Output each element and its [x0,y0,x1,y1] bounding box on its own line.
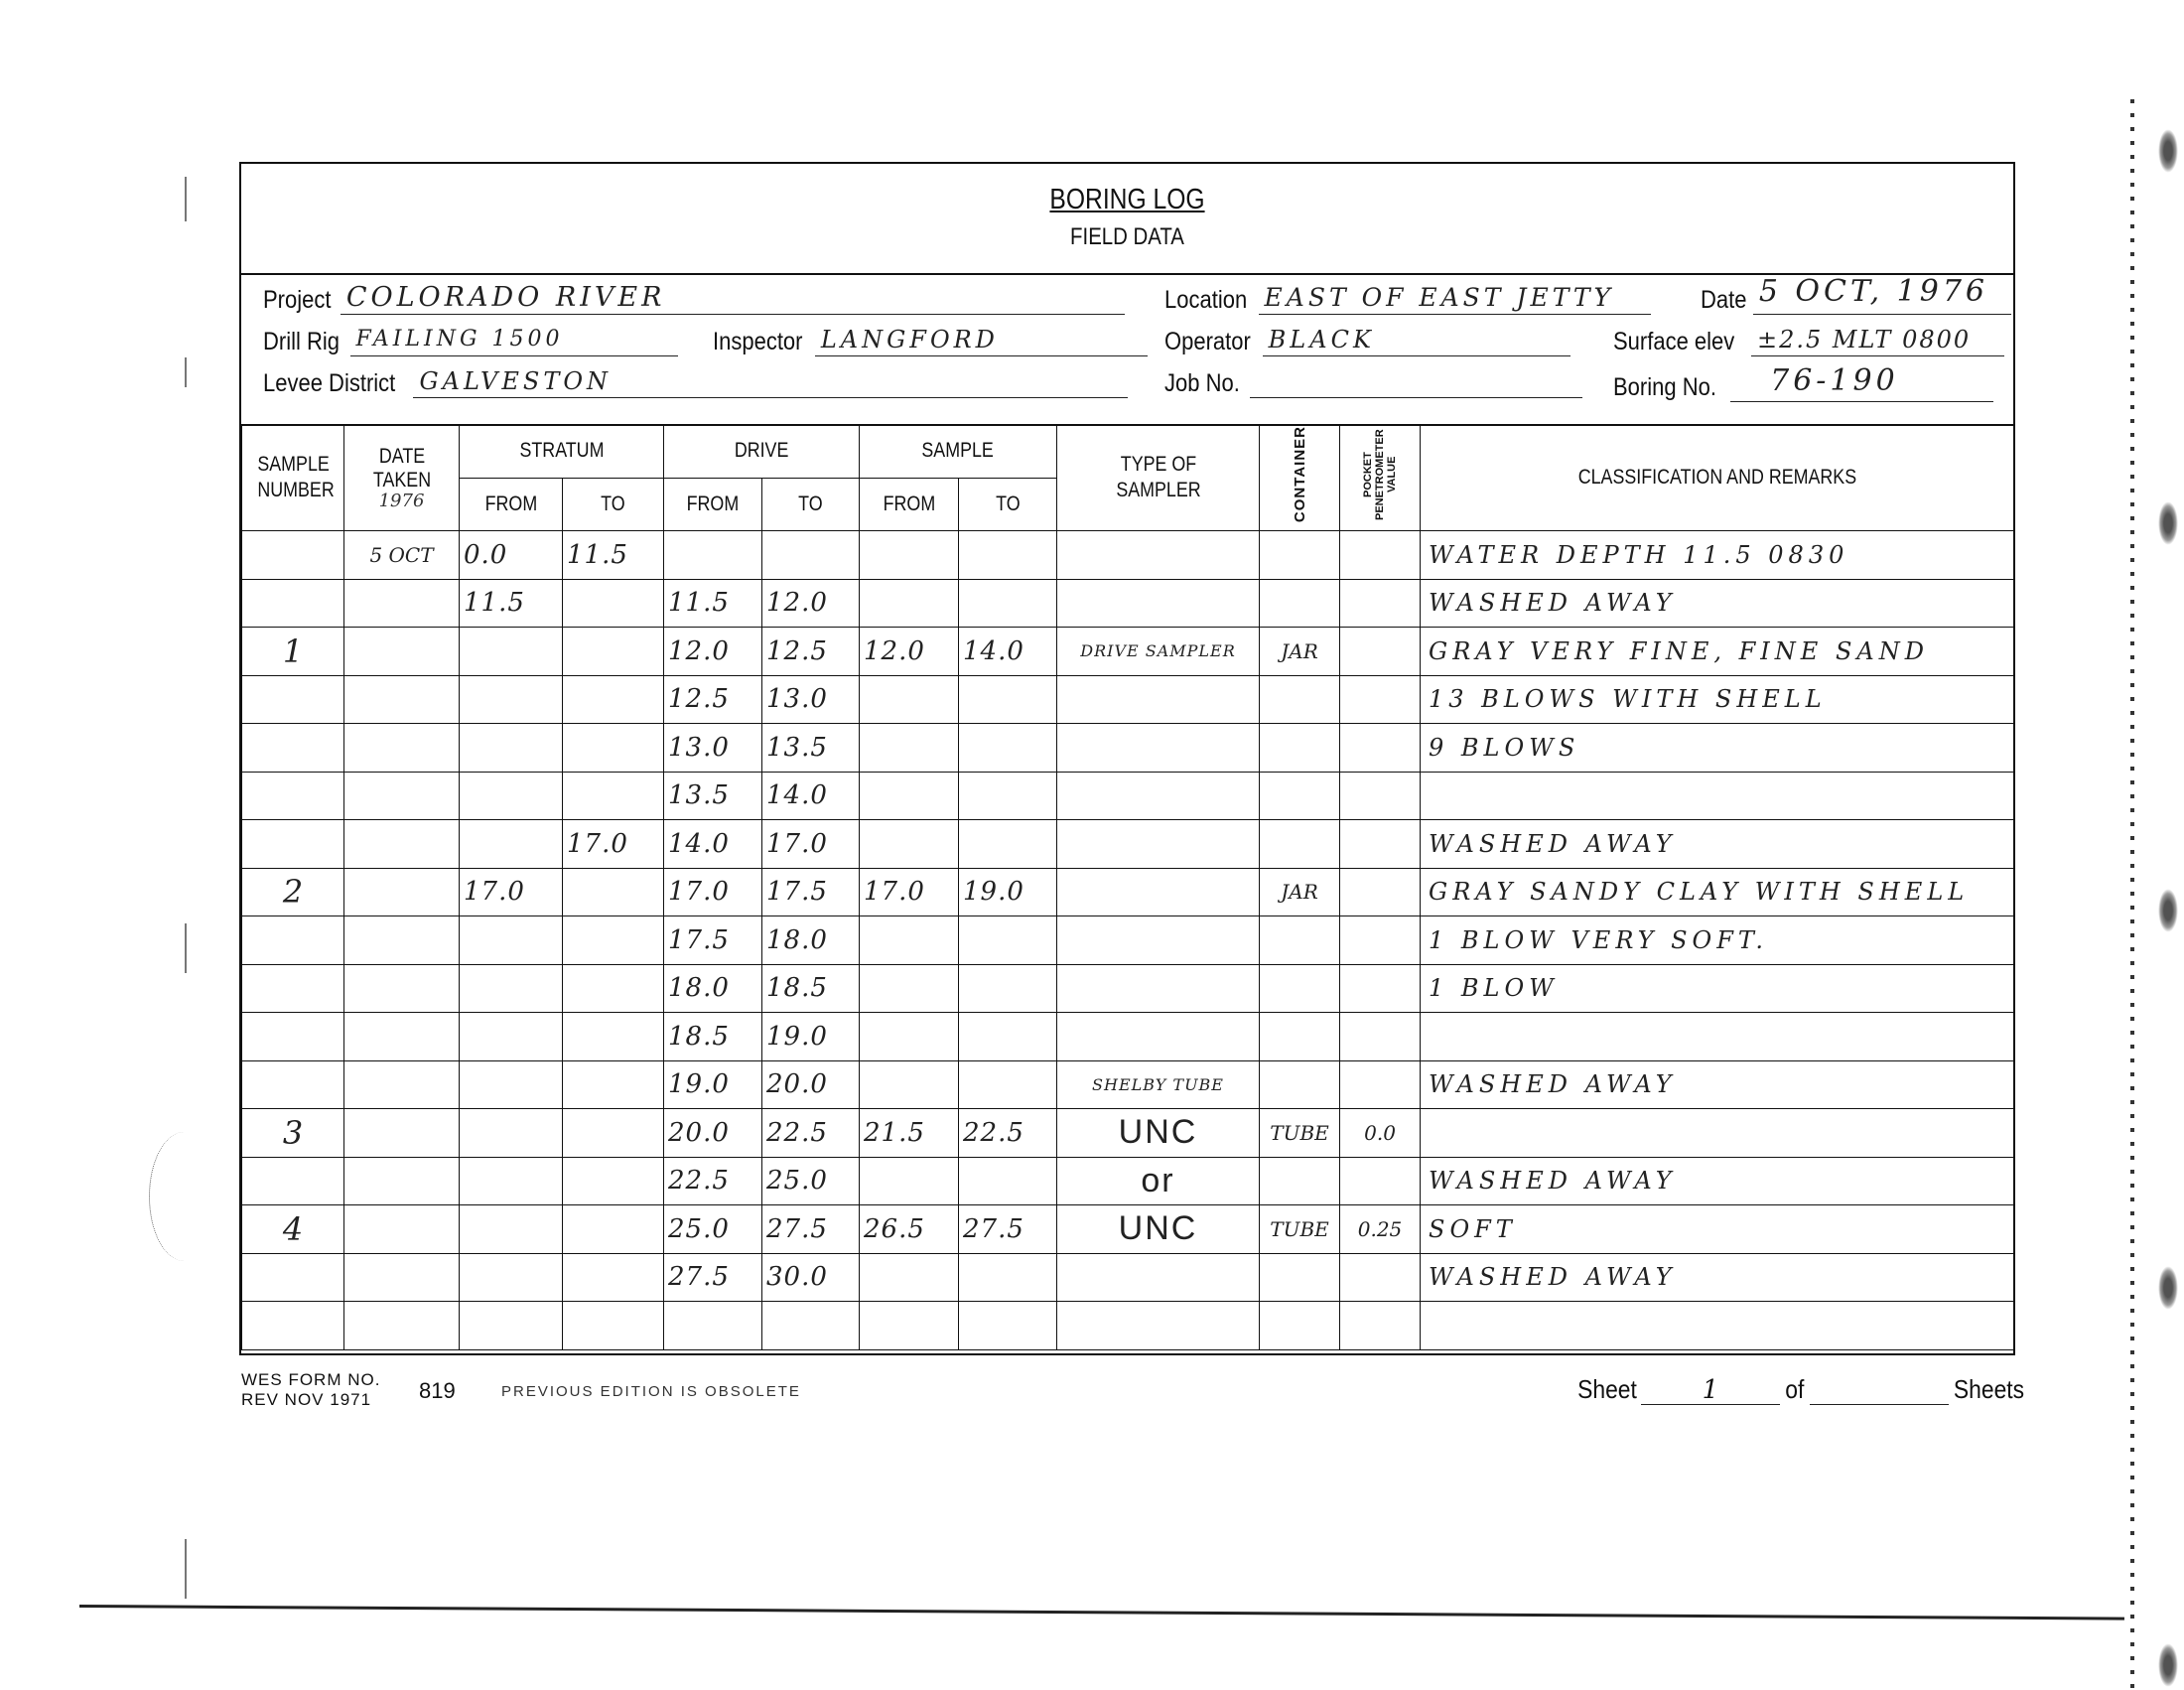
container-cell[interactable]: TUBE [1260,1205,1340,1254]
header-date-taken: DATE TAKEN 1976 [344,425,460,531]
drive-to-cell[interactable]: 30.0 [762,1253,860,1302]
drive-to-cell[interactable] [762,1302,860,1350]
sample-from-cell[interactable]: 17.0 [860,868,959,916]
form-no-line1: WES FORM NO. [241,1370,380,1390]
sample-to-cell[interactable] [959,579,1057,628]
stratum-from-cell[interactable] [460,724,563,773]
sample-number-cell[interactable] [242,531,344,580]
punch-hole-mark [2158,129,2178,173]
drive-to-cell[interactable]: 20.0 [762,1060,860,1109]
sample-to-cell[interactable] [959,724,1057,773]
drive-from-cell[interactable]: 19.0 [664,1060,762,1109]
sheets-label: Sheets [1953,1374,2023,1405]
container-cell[interactable] [1260,579,1340,628]
sampler-type-cell[interactable]: SHELBY TUBE [1057,1060,1260,1109]
header-drive-to: TO [762,478,860,531]
date-label: Date [1701,286,1746,315]
drive-from-cell[interactable]: 27.5 [664,1253,762,1302]
container-cell[interactable] [1260,1253,1340,1302]
drive-to-cell[interactable]: 12.0 [762,579,860,628]
penetrometer-value-cell[interactable] [1340,675,1421,724]
header-pocket-penetrometer: POCKET PENETROMETER VALUE [1340,425,1421,531]
header-sample-from: FROM [860,478,959,531]
sampler-type-cell[interactable] [1057,820,1260,869]
sheet-number-field[interactable]: 1 [1641,1376,1780,1405]
sample-to-cell[interactable] [959,916,1057,965]
stratum-from-cell[interactable] [460,772,563,820]
penetrometer-value-cell[interactable] [1340,868,1421,916]
project-value[interactable]: COLORADO RIVER [341,283,1125,315]
container-cell[interactable] [1260,531,1340,580]
location-value[interactable]: EAST OF EAST JETTY [1259,283,1651,315]
sample-to-cell[interactable] [959,1013,1057,1061]
container-cell[interactable] [1260,1302,1340,1350]
sample-to-cell[interactable] [959,675,1057,724]
table-row: 13.514.0 [242,772,2014,820]
punch-hole-mark [2158,501,2178,545]
sample-number-cell[interactable] [242,1157,344,1205]
sampler-type-cell[interactable] [1057,868,1260,916]
date-taken-cell[interactable] [344,1060,460,1109]
table-row: 27.530.0WASHED AWAY [242,1253,2014,1302]
sampler-type-cell[interactable] [1057,724,1260,773]
remarks-cell[interactable]: WASHED AWAY [1421,1157,2014,1205]
penetrometer-value-cell[interactable] [1340,628,1421,676]
container-cell[interactable]: JAR [1260,868,1340,916]
surface-elev-field: Surface elev ±2.5 MLT 0800 [1613,325,2004,356]
stratum-to-cell[interactable] [563,579,664,628]
table-row: 18.018.51 BLOW [242,964,2014,1013]
drive-from-cell[interactable]: 25.0 [664,1205,762,1254]
table-row: 18.519.0 [242,1013,2014,1061]
remarks-cell[interactable]: 9 BLOWS [1421,724,2014,773]
drive-from-cell[interactable]: 12.5 [664,675,762,724]
levee-district-value[interactable]: GALVESTON [413,366,1128,398]
stratum-to-cell[interactable] [563,1013,664,1061]
date-field: Date 5 OCT, 1976 [1701,277,2011,315]
form-no-line2: REV NOV 1971 [241,1390,380,1410]
drive-to-cell[interactable]: 18.0 [762,916,860,965]
drive-to-cell[interactable]: 14.0 [762,772,860,820]
total-sheets-field[interactable] [1810,1376,1949,1405]
date-taken-cell[interactable] [344,964,460,1013]
sampler-type-cell[interactable]: DRIVE SAMPLER [1057,628,1260,676]
header-drive: DRIVE [664,425,860,479]
operator-field: Operator BLACK [1164,325,1570,356]
drive-from-cell[interactable]: 11.5 [664,579,762,628]
job-no-field: Job No. [1164,366,1582,398]
perforation-edge [2130,99,2134,1688]
sample-number-cell[interactable]: 1 [242,628,344,676]
container-cell[interactable] [1260,1013,1340,1061]
table-row: 217.017.017.517.019.0JARGRAY SANDY CLAY … [242,868,2014,916]
sample-number-cell[interactable] [242,820,344,869]
container-cell[interactable] [1260,675,1340,724]
margin-mark [185,357,187,387]
remarks-cell[interactable]: SOFT [1421,1205,2014,1254]
drive-from-cell[interactable]: 12.0 [664,628,762,676]
sample-from-cell[interactable] [860,1302,959,1350]
inspector-field: Inspector LANGFORD [713,325,1148,356]
stratum-from-cell[interactable] [460,820,563,869]
sample-to-cell[interactable]: 27.5 [959,1205,1057,1254]
date-taken-cell[interactable] [344,1013,460,1061]
drive-from-cell[interactable]: 22.5 [664,1157,762,1205]
drive-to-cell[interactable]: 12.5 [762,628,860,676]
stratum-from-cell[interactable] [460,1060,563,1109]
operator-label: Operator [1164,328,1251,356]
stratum-to-cell[interactable] [563,1157,664,1205]
stratum-to-cell[interactable] [563,964,664,1013]
drive-to-cell[interactable]: 13.5 [762,724,860,773]
table-row [242,1302,2014,1350]
form-title-block: BORING LOG FIELD DATA [241,164,2013,275]
sample-to-cell[interactable] [959,1302,1057,1350]
sample-from-cell[interactable]: 26.5 [860,1205,959,1254]
sample-from-cell[interactable]: 21.5 [860,1109,959,1158]
margin-mark [185,923,187,973]
drive-to-cell[interactable]: 25.0 [762,1157,860,1205]
remarks-cell[interactable] [1421,1013,2014,1061]
sampler-type-cell[interactable] [1057,1013,1260,1061]
date-taken-cell[interactable] [344,772,460,820]
stratum-to-cell[interactable] [563,1253,664,1302]
container-cell[interactable] [1260,1157,1340,1205]
drill-rig-field: Drill Rig FAILING 1500 [263,325,678,356]
remarks-cell[interactable] [1421,1302,2014,1350]
date-taken-cell[interactable] [344,868,460,916]
stratum-to-cell[interactable] [563,1060,664,1109]
remarks-cell[interactable] [1421,772,2014,820]
stratum-to-cell[interactable] [563,1302,664,1350]
margin-mark [185,177,187,221]
stratum-from-cell[interactable] [460,916,563,965]
drive-from-cell[interactable]: 20.0 [664,1109,762,1158]
drive-to-cell[interactable]: 22.5 [762,1109,860,1158]
drive-to-cell[interactable]: 13.0 [762,675,860,724]
header-sample: SAMPLE [860,425,1057,479]
stratum-to-cell[interactable] [563,1109,664,1158]
margin-annotation-scribble [149,1132,219,1261]
sample-number-cell[interactable] [242,772,344,820]
punch-hole-mark [2158,1643,2178,1687]
table-row: 17.014.017.0WASHED AWAY [242,820,2014,869]
sample-from-cell[interactable] [860,916,959,965]
sample-from-cell[interactable] [860,579,959,628]
stratum-from-cell[interactable] [460,1109,563,1158]
drive-from-cell[interactable] [664,1302,762,1350]
stratum-from-cell[interactable]: 17.0 [460,868,563,916]
boring-log-form: BORING LOG FIELD DATA Project COLORADO R… [239,162,2015,1355]
penetrometer-value-cell[interactable] [1340,579,1421,628]
remarks-cell[interactable]: GRAY VERY FINE, FINE SAND [1421,628,2014,676]
sampler-type-cell[interactable] [1057,1302,1260,1350]
remarks-cell[interactable] [1421,1109,2014,1158]
penetrometer-value-cell[interactable] [1340,1302,1421,1350]
sampler-type-cell[interactable] [1057,531,1260,580]
sampler-type-cell[interactable] [1057,1253,1260,1302]
log-rows: 5 OCT0.011.5WATER DEPTH 11.5 083011.511.… [242,531,2014,1350]
remarks-cell[interactable]: 1 BLOW VERY SOFT. [1421,916,2014,965]
sample-to-cell[interactable] [959,1060,1057,1109]
penetrometer-value-cell[interactable]: 0.25 [1340,1205,1421,1254]
form-title: BORING LOG [374,184,1880,216]
sampler-type-cell[interactable] [1057,916,1260,965]
header-stratum-to: TO [563,478,664,531]
margin-mark [185,1539,187,1599]
penetrometer-value-cell[interactable]: 0.0 [1340,1109,1421,1158]
sample-to-cell[interactable]: 19.0 [959,868,1057,916]
penetrometer-value-cell[interactable] [1340,1253,1421,1302]
surface-elev-value[interactable]: ±2.5 MLT 0800 [1751,325,2004,356]
sample-to-cell[interactable] [959,820,1057,869]
container-cell[interactable] [1260,1060,1340,1109]
boring-no-field: Boring No. 76-190 [1613,366,1993,402]
job-no-label: Job No. [1164,369,1240,398]
header-sample-to: TO [959,478,1057,531]
sample-to-cell[interactable]: 14.0 [959,628,1057,676]
date-taken-cell[interactable] [344,1253,460,1302]
penetrometer-value-cell[interactable] [1340,1013,1421,1061]
header-type-of-sampler: TYPE OF SAMPLER [1057,425,1260,531]
header-drive-from: FROM [664,478,762,531]
sample-number-cell[interactable] [242,1253,344,1302]
project-label: Project [263,286,331,315]
operator-value[interactable]: BLACK [1263,325,1570,356]
table-row: 11.511.512.0WASHED AWAY [242,579,2014,628]
table-row: 5 OCT0.011.5WATER DEPTH 11.5 0830 [242,531,2014,580]
job-no-value[interactable] [1250,366,1582,398]
sample-from-cell[interactable] [860,772,959,820]
penetrometer-value-cell[interactable] [1340,1060,1421,1109]
obsolete-note: PREVIOUS EDITION IS OBSOLETE [501,1383,801,1400]
sample-number-cell[interactable]: 4 [242,1205,344,1254]
date-taken-cell[interactable] [344,820,460,869]
of-label: of [1785,1374,1804,1405]
boring-no-value[interactable]: 76-190 [1730,366,1993,402]
penetrometer-value-cell[interactable] [1340,964,1421,1013]
header-fields: Project COLORADO RIVER Location EAST OF … [241,273,2013,426]
header-sample-number: SAMPLE NUMBER [242,425,344,531]
drive-from-cell[interactable] [664,531,762,580]
stratum-to-cell[interactable] [563,628,664,676]
penetrometer-value-cell[interactable] [1340,916,1421,965]
header-container: CONTAINER [1260,425,1340,531]
sample-number-cell[interactable] [242,1060,344,1109]
sample-from-cell[interactable] [860,1253,959,1302]
drive-to-cell[interactable]: 17.5 [762,868,860,916]
sample-from-cell[interactable]: 12.0 [860,628,959,676]
drive-to-cell[interactable] [762,531,860,580]
sheet-count: Sheet 1 of Sheets [1573,1374,2029,1405]
date-taken-cell[interactable] [344,628,460,676]
sample-number-cell[interactable] [242,1013,344,1061]
sample-number-cell[interactable]: 2 [242,868,344,916]
sampler-type-cell[interactable] [1057,579,1260,628]
drive-to-cell[interactable]: 17.0 [762,820,860,869]
location-label: Location [1164,286,1247,315]
sample-from-cell[interactable] [860,724,959,773]
remarks-cell[interactable]: 13 BLOWS WITH SHELL [1421,675,2014,724]
sample-number-cell[interactable] [242,724,344,773]
sample-to-cell[interactable] [959,964,1057,1013]
stratum-from-cell[interactable]: 0.0 [460,531,563,580]
sample-number-cell[interactable] [242,1302,344,1350]
sample-to-cell[interactable] [959,1157,1057,1205]
container-cell[interactable]: JAR [1260,628,1340,676]
remarks-cell[interactable]: WASHED AWAY [1421,1060,2014,1109]
levee-district-field: Levee District GALVESTON [263,366,1128,398]
container-cell[interactable] [1260,724,1340,773]
date-taken-cell[interactable] [344,1302,460,1350]
form-subtitle: FIELD DATA [374,223,1880,251]
table-row: 112.012.512.014.0DRIVE SAMPLERJARGRAY VE… [242,628,2014,676]
sample-to-cell[interactable]: 22.5 [959,1109,1057,1158]
form-number-block: WES FORM NO. REV NOV 1971 [241,1370,380,1410]
sample-number-cell[interactable]: 3 [242,1109,344,1158]
drive-from-cell[interactable]: 17.0 [664,868,762,916]
table-row: 17.518.01 BLOW VERY SOFT. [242,916,2014,965]
stratum-from-cell[interactable] [460,675,563,724]
container-cell[interactable] [1260,916,1340,965]
sample-number-cell[interactable] [242,675,344,724]
sample-to-cell[interactable] [959,772,1057,820]
drive-from-cell[interactable]: 18.5 [664,1013,762,1061]
page-bottom-rule [79,1605,2124,1620]
date-taken-cell[interactable]: 5 OCT [344,531,460,580]
penetrometer-value-cell[interactable] [1340,772,1421,820]
stratum-from-cell[interactable] [460,1205,563,1254]
stratum-to-cell[interactable]: 11.5 [563,531,664,580]
table-row: 320.022.521.522.5UNCTUBE0.0 [242,1109,2014,1158]
penetrometer-value-cell[interactable] [1340,531,1421,580]
surface-elev-label: Surface elev [1613,328,1734,356]
table-row: 19.020.0SHELBY TUBEWASHED AWAY [242,1060,2014,1109]
table-row: 22.525.0orWASHED AWAY [242,1157,2014,1205]
sample-to-cell[interactable] [959,1253,1057,1302]
stratum-from-cell[interactable] [460,1013,563,1061]
boring-log-table: SAMPLE NUMBER DATE TAKEN 1976 STRATUM DR… [241,424,2014,1350]
sample-from-cell[interactable] [860,531,959,580]
inspector-value[interactable]: LANGFORD [815,325,1148,356]
header-classification-remarks: CLASSIFICATION AND REMARKS [1421,425,2014,531]
drive-from-cell[interactable]: 18.0 [664,964,762,1013]
date-taken-cell[interactable] [344,724,460,773]
remarks-cell[interactable]: WASHED AWAY [1421,579,2014,628]
sampler-type-cell[interactable]: or [1057,1157,1260,1205]
date-taken-cell[interactable] [344,1205,460,1254]
drive-to-cell[interactable]: 18.5 [762,964,860,1013]
drive-from-cell[interactable]: 17.5 [664,916,762,965]
stratum-from-cell[interactable] [460,1302,563,1350]
sample-number-cell[interactable] [242,579,344,628]
stratum-to-cell[interactable] [563,675,664,724]
table-row: 13.013.59 BLOWS [242,724,2014,773]
stratum-from-cell[interactable] [460,964,563,1013]
sample-from-cell[interactable] [860,1013,959,1061]
drive-to-cell[interactable]: 19.0 [762,1013,860,1061]
table-row: 12.513.013 BLOWS WITH SHELL [242,675,2014,724]
sample-from-cell[interactable] [860,820,959,869]
sampler-type-cell[interactable]: UNC [1057,1205,1260,1254]
stratum-from-cell[interactable]: 11.5 [460,579,563,628]
stratum-to-cell[interactable] [563,772,664,820]
punch-hole-mark [2158,1266,2178,1310]
drive-from-cell[interactable]: 13.5 [664,772,762,820]
stratum-from-cell[interactable] [460,1157,563,1205]
remarks-cell[interactable]: 1 BLOW [1421,964,2014,1013]
date-taken-cell[interactable] [344,1157,460,1205]
sample-from-cell[interactable] [860,675,959,724]
date-value[interactable]: 5 OCT, 1976 [1753,277,2011,315]
project-field: Project COLORADO RIVER [263,283,1125,315]
sample-from-cell[interactable] [860,964,959,1013]
sample-from-cell[interactable] [860,1157,959,1205]
header-stratum: STRATUM [460,425,664,479]
container-cell[interactable] [1260,964,1340,1013]
stratum-to-cell[interactable] [563,916,664,965]
levee-district-label: Levee District [263,369,395,398]
boring-no-label: Boring No. [1613,373,1716,402]
date-taken-cell[interactable] [344,916,460,965]
container-cell[interactable] [1260,820,1340,869]
stratum-from-cell[interactable] [460,1253,563,1302]
container-cell[interactable] [1260,772,1340,820]
penetrometer-value-cell[interactable] [1340,724,1421,773]
sampler-type-cell[interactable] [1057,964,1260,1013]
drill-rig-label: Drill Rig [263,328,340,356]
stratum-to-cell[interactable]: 17.0 [563,820,664,869]
remarks-cell[interactable]: GRAY SANDY CLAY WITH SHELL [1421,868,2014,916]
sample-number-cell[interactable] [242,964,344,1013]
sampler-type-cell[interactable] [1057,772,1260,820]
sampler-type-cell[interactable]: UNC [1057,1109,1260,1158]
drill-rig-value[interactable]: FAILING 1500 [350,325,678,356]
form-number: 819 [419,1378,456,1404]
sample-from-cell[interactable] [860,1060,959,1109]
date-taken-cell[interactable] [344,579,460,628]
inspector-label: Inspector [713,328,803,356]
stratum-to-cell[interactable] [563,1205,664,1254]
container-cell[interactable]: TUBE [1260,1109,1340,1158]
stratum-to-cell[interactable] [563,868,664,916]
table-row: 425.027.526.527.5UNCTUBE0.25SOFT [242,1205,2014,1254]
header-stratum-from: FROM [460,478,563,531]
penetrometer-value-cell[interactable] [1340,1157,1421,1205]
remarks-cell[interactable]: WASHED AWAY [1421,1253,2014,1302]
sheet-label: Sheet [1577,1374,1637,1405]
punch-hole-mark [2158,889,2178,932]
date-taken-year: 1976 [344,493,459,510]
date-taken-cell[interactable] [344,675,460,724]
drive-to-cell[interactable]: 27.5 [762,1205,860,1254]
penetrometer-value-cell[interactable] [1340,820,1421,869]
sample-to-cell[interactable] [959,531,1057,580]
location-field: Location EAST OF EAST JETTY [1164,283,1651,315]
stratum-from-cell[interactable] [460,628,563,676]
remarks-cell[interactable]: WASHED AWAY [1421,820,2014,869]
sampler-type-cell[interactable] [1057,675,1260,724]
drive-from-cell[interactable]: 14.0 [664,820,762,869]
drive-from-cell[interactable]: 13.0 [664,724,762,773]
sample-number-cell[interactable] [242,916,344,965]
remarks-cell[interactable]: WATER DEPTH 11.5 0830 [1421,531,2014,580]
stratum-to-cell[interactable] [563,724,664,773]
date-taken-cell[interactable] [344,1109,460,1158]
